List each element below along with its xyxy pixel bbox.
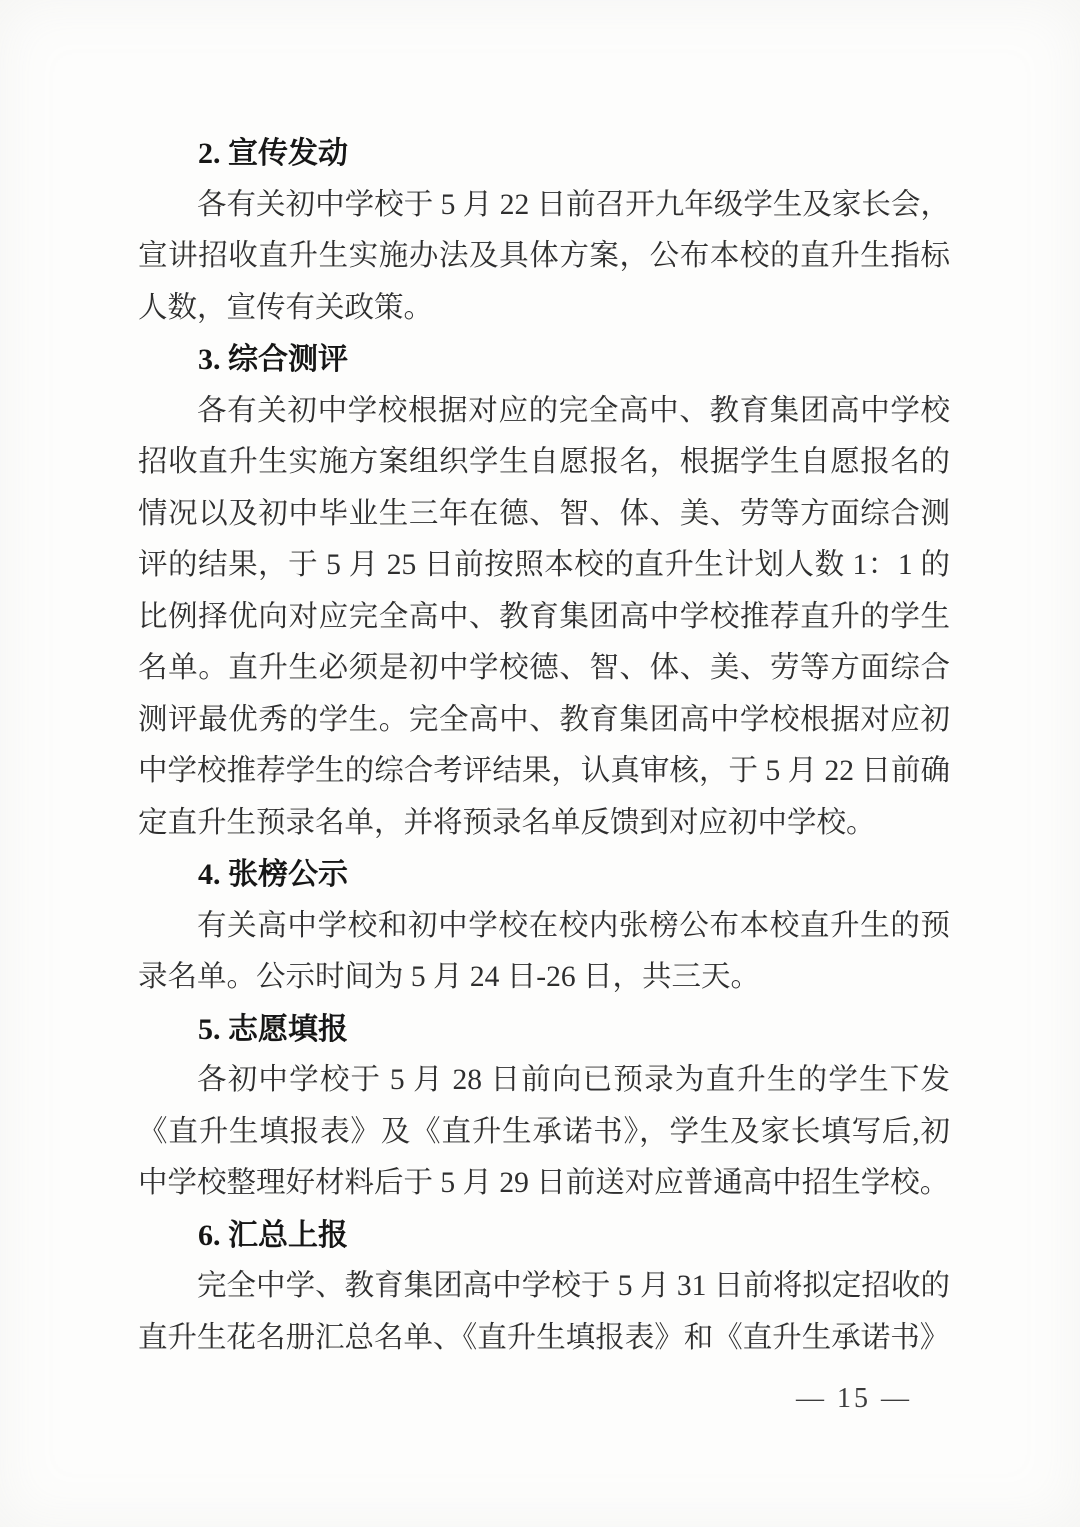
document-content: 2. 宣传发动 各有关初中学校于 5 月 22 日前召开九年级学生及家长会，宣讲… xyxy=(138,128,950,1364)
section-paragraph-public-posting: 有关高中学校和初中学校在校内张榜公布本校直升生的预录名单。公示时间为 5 月 2… xyxy=(138,901,950,1004)
section-paragraph-comprehensive-evaluation: 各有关初中学校根据对应的完全高中、教育集团高中学校招收直升生实施方案组织学生自愿… xyxy=(138,386,950,850)
section-paragraph-publicity: 各有关初中学校于 5 月 22 日前召开九年级学生及家长会，宣讲招收直升生实施办… xyxy=(138,180,950,335)
section-paragraph-summary-report: 完全中学、教育集团高中学校于 5 月 31 日前将拟定招收的直升生花名册汇总名单… xyxy=(138,1261,950,1364)
section-heading-application-filling: 5. 志愿填报 xyxy=(138,1004,950,1056)
document-page: 2. 宣传发动 各有关初中学校于 5 月 22 日前召开九年级学生及家长会，宣讲… xyxy=(0,0,1080,1527)
section-heading-publicity: 2. 宣传发动 xyxy=(138,128,950,180)
section-paragraph-application-filling: 各初中学校于 5 月 28 日前向已预录为直升生的学生下发《直升生填报表》及《直… xyxy=(138,1055,950,1210)
section-heading-summary-report: 6. 汇总上报 xyxy=(138,1210,950,1262)
section-heading-comprehensive-evaluation: 3. 综合测评 xyxy=(138,334,950,386)
page-number: — 15 — xyxy=(796,1381,912,1417)
section-heading-public-posting: 4. 张榜公示 xyxy=(138,849,950,901)
